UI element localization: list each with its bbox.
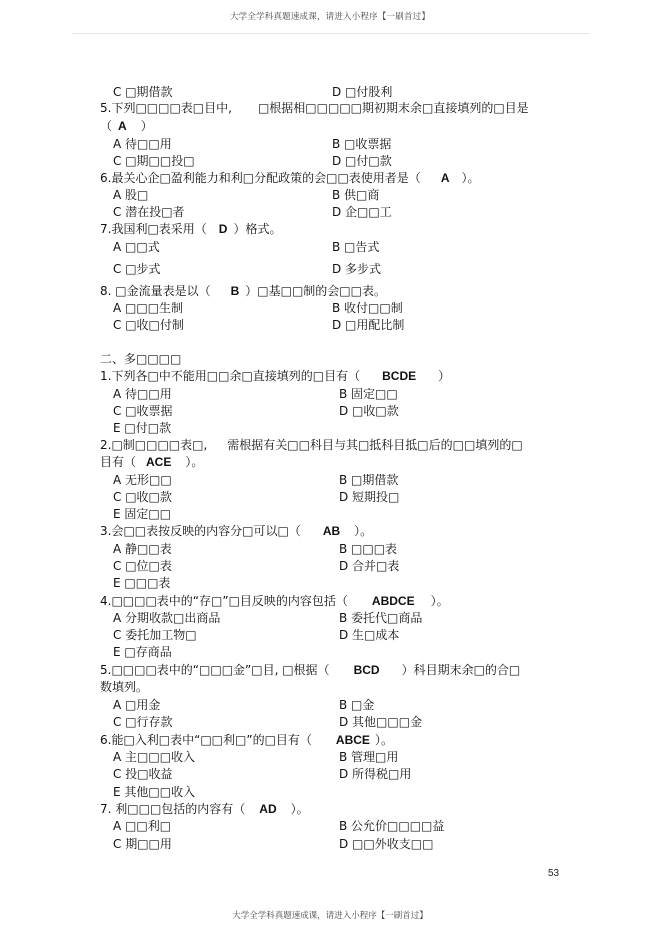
question-text-end: ）。	[354, 524, 372, 538]
document-page: C □期借款 D □付股利 5.下列□□□□表□目中,□根据相□□□□□期初期末…	[0, 0, 660, 934]
question-stem: 6.最关心企□盈利能力和利□分配政策的会□□表使用者是（A）。	[100, 170, 480, 186]
answer: BCDE	[382, 369, 416, 383]
page-footer-watermark: 大学全学科真题速成课，请进入小程序【一刷首过】	[0, 909, 660, 921]
option-a: A 主□□□收入	[113, 749, 195, 765]
answer: ABCE	[336, 733, 370, 747]
answer: A	[118, 119, 127, 133]
question-text: 6.能□入利□表中“□□利□”的□目有（	[100, 733, 312, 747]
question-stem: 5.□□□□表中的“□□□金”□目, □根据（BCD）科目期末余□的合□	[100, 662, 520, 678]
question-stem: 5.下列□□□□表□目中,□根据相□□□□□期初期末余□直接填列的□目是	[100, 100, 529, 116]
option-d: D □□外收支□□	[339, 836, 433, 852]
option-c: C □步式	[113, 261, 161, 277]
answer-paren-close: ）	[141, 119, 153, 133]
answer: AD	[259, 802, 276, 816]
question-text: 5.□□□□表中的“□□□金”□目, □根据（	[100, 663, 330, 677]
option-a: A 静□□表	[113, 541, 172, 557]
option-d: D 所得税□用	[339, 766, 411, 782]
option-b: B 公允价□□□□益	[339, 818, 444, 834]
option-d: D 其他□□□金	[339, 714, 422, 730]
option-c: C 期□□用	[113, 836, 172, 852]
option-b: B 固定□□	[339, 386, 398, 402]
answer: ACE	[146, 455, 171, 469]
option-b: B 供□商	[332, 187, 379, 203]
answer: B	[231, 284, 240, 298]
option-a: A 无形□□	[113, 472, 172, 488]
option-c: C □行存款	[113, 714, 173, 730]
answer: ABDCE	[372, 594, 415, 608]
option-a: A □□式	[113, 239, 160, 255]
answer-paren-open: （	[100, 119, 112, 133]
option-c: C □期借款	[113, 84, 173, 100]
question-stem-continued: 数填列。	[100, 679, 148, 695]
option-c: C □收□付制	[113, 317, 184, 333]
option-a: A □□□生制	[113, 300, 183, 316]
option-d: D □用配比制	[332, 317, 404, 333]
answer: D	[219, 222, 228, 236]
question-stem: 3.会□□表按反映的内容分□可以□（AB）。	[100, 523, 372, 539]
question-text: 6.最关心企□盈利能力和利□分配政策的会□□表使用者是（	[100, 171, 421, 185]
option-b: B □□□表	[339, 541, 397, 557]
question-text-part2: 需根据有关□□科目与其□抵科目抵□后的□□填列的□	[227, 438, 522, 452]
question-text-end: ）。	[461, 171, 479, 185]
option-b: B □告式	[332, 239, 379, 255]
question-text: 目有（	[100, 455, 136, 469]
question-text-end: ）。	[431, 594, 449, 608]
option-b: B □金	[339, 697, 374, 713]
question-text-end: ）□基□□制的会□□表。	[245, 284, 386, 298]
question-text: 7.我国利□表采用（	[100, 222, 207, 236]
option-d: D 企□□工	[332, 204, 392, 220]
question-stem-part1: 5.下列□□□□表□目中,	[100, 101, 232, 115]
question-text-end: ）	[438, 369, 450, 383]
question-text: 1.下列各□中不能用□□余□直接填列的□目有（	[100, 369, 360, 383]
question-stem: 7.我国利□表采用（D）格式。	[100, 221, 281, 237]
option-d: D 生□成本	[339, 627, 399, 643]
option-e: E □存商品	[113, 644, 172, 660]
option-b: B □收票据	[332, 136, 391, 152]
question-text: 3.会□□表按反映的内容分□可以□（	[100, 524, 301, 538]
option-a: A 待□□用	[113, 136, 172, 152]
question-text-end: ）。	[375, 733, 393, 747]
option-c: C □位□表	[113, 558, 172, 574]
question-text-end: ）。	[185, 455, 203, 469]
question-text: 4.□□□□表中的“存□”□目反映的内容包括（	[100, 594, 348, 608]
option-a: A □□利□	[113, 818, 171, 834]
option-d: D 短期投□	[339, 489, 399, 505]
option-a: A 待□□用	[113, 386, 172, 402]
question-text-part1: 2.□制□□□□表□,	[100, 438, 207, 452]
option-b: B 委托代□商品	[339, 610, 422, 626]
option-a: A 分期收款□出商品	[113, 610, 220, 626]
answer: A	[441, 171, 450, 185]
option-d: D 合并□表	[339, 558, 399, 574]
option-d: D □付股利	[332, 84, 392, 100]
option-a: A 股□	[113, 187, 148, 203]
option-b: B 收付□□制	[332, 300, 403, 316]
option-e: E 其他□□收入	[113, 784, 195, 800]
answer-line: （A）	[100, 118, 153, 134]
page-number: 53	[548, 868, 559, 879]
option-c: C 潜在投□者	[113, 204, 185, 220]
option-e: E 固定□□	[113, 506, 171, 522]
section-title: 二、多□□□□	[100, 351, 181, 367]
option-d: D □收□款	[339, 403, 399, 419]
answer: AB	[323, 524, 340, 538]
option-d: D □付□款	[332, 153, 392, 169]
question-stem: 6.能□入利□表中“□□利□”的□目有（ABCE）。	[100, 732, 393, 748]
option-b: B 管理□用	[339, 749, 398, 765]
question-stem: 2.□制□□□□表□,需根据有关□□科目与其□抵科目抵□后的□□填列的□	[100, 437, 523, 453]
question-text-end: ）格式。	[233, 222, 281, 236]
question-text: 8. □金流量表是以（	[100, 284, 211, 298]
question-stem: 8. □金流量表是以（B）□基□□制的会□□表。	[100, 283, 386, 299]
question-stem: 4.□□□□表中的“存□”□目反映的内容包括（ABDCE）。	[100, 593, 449, 609]
question-stem-part2: □根据相□□□□□期初期末余□直接填列的□目是	[258, 101, 529, 115]
option-e: E □□□表	[113, 575, 170, 591]
option-c: C □收票据	[113, 403, 173, 419]
option-c: C □收□款	[113, 489, 172, 505]
option-c: C □期□□投□	[113, 153, 195, 169]
question-stem-continued: 目有（ACE）。	[100, 454, 203, 470]
answer: BCD	[354, 663, 380, 677]
question-stem: 1.下列各□中不能用□□余□直接填列的□目有（BCDE）	[100, 368, 450, 384]
question-text: 7. 利□□□包括的内容有（	[100, 802, 245, 816]
option-d: D 多步式	[332, 261, 381, 277]
option-e: E □付□款	[113, 420, 171, 436]
option-c: C 委托加工物□	[113, 627, 197, 643]
option-c: C 投□收益	[113, 766, 173, 782]
question-text-end: ）。	[291, 802, 309, 816]
question-stem: 7. 利□□□包括的内容有（AD）。	[100, 801, 309, 817]
option-a: A □用金	[113, 697, 160, 713]
option-b: B □期借款	[339, 472, 398, 488]
question-text-end: ）科目期末余□的合□	[402, 663, 521, 677]
